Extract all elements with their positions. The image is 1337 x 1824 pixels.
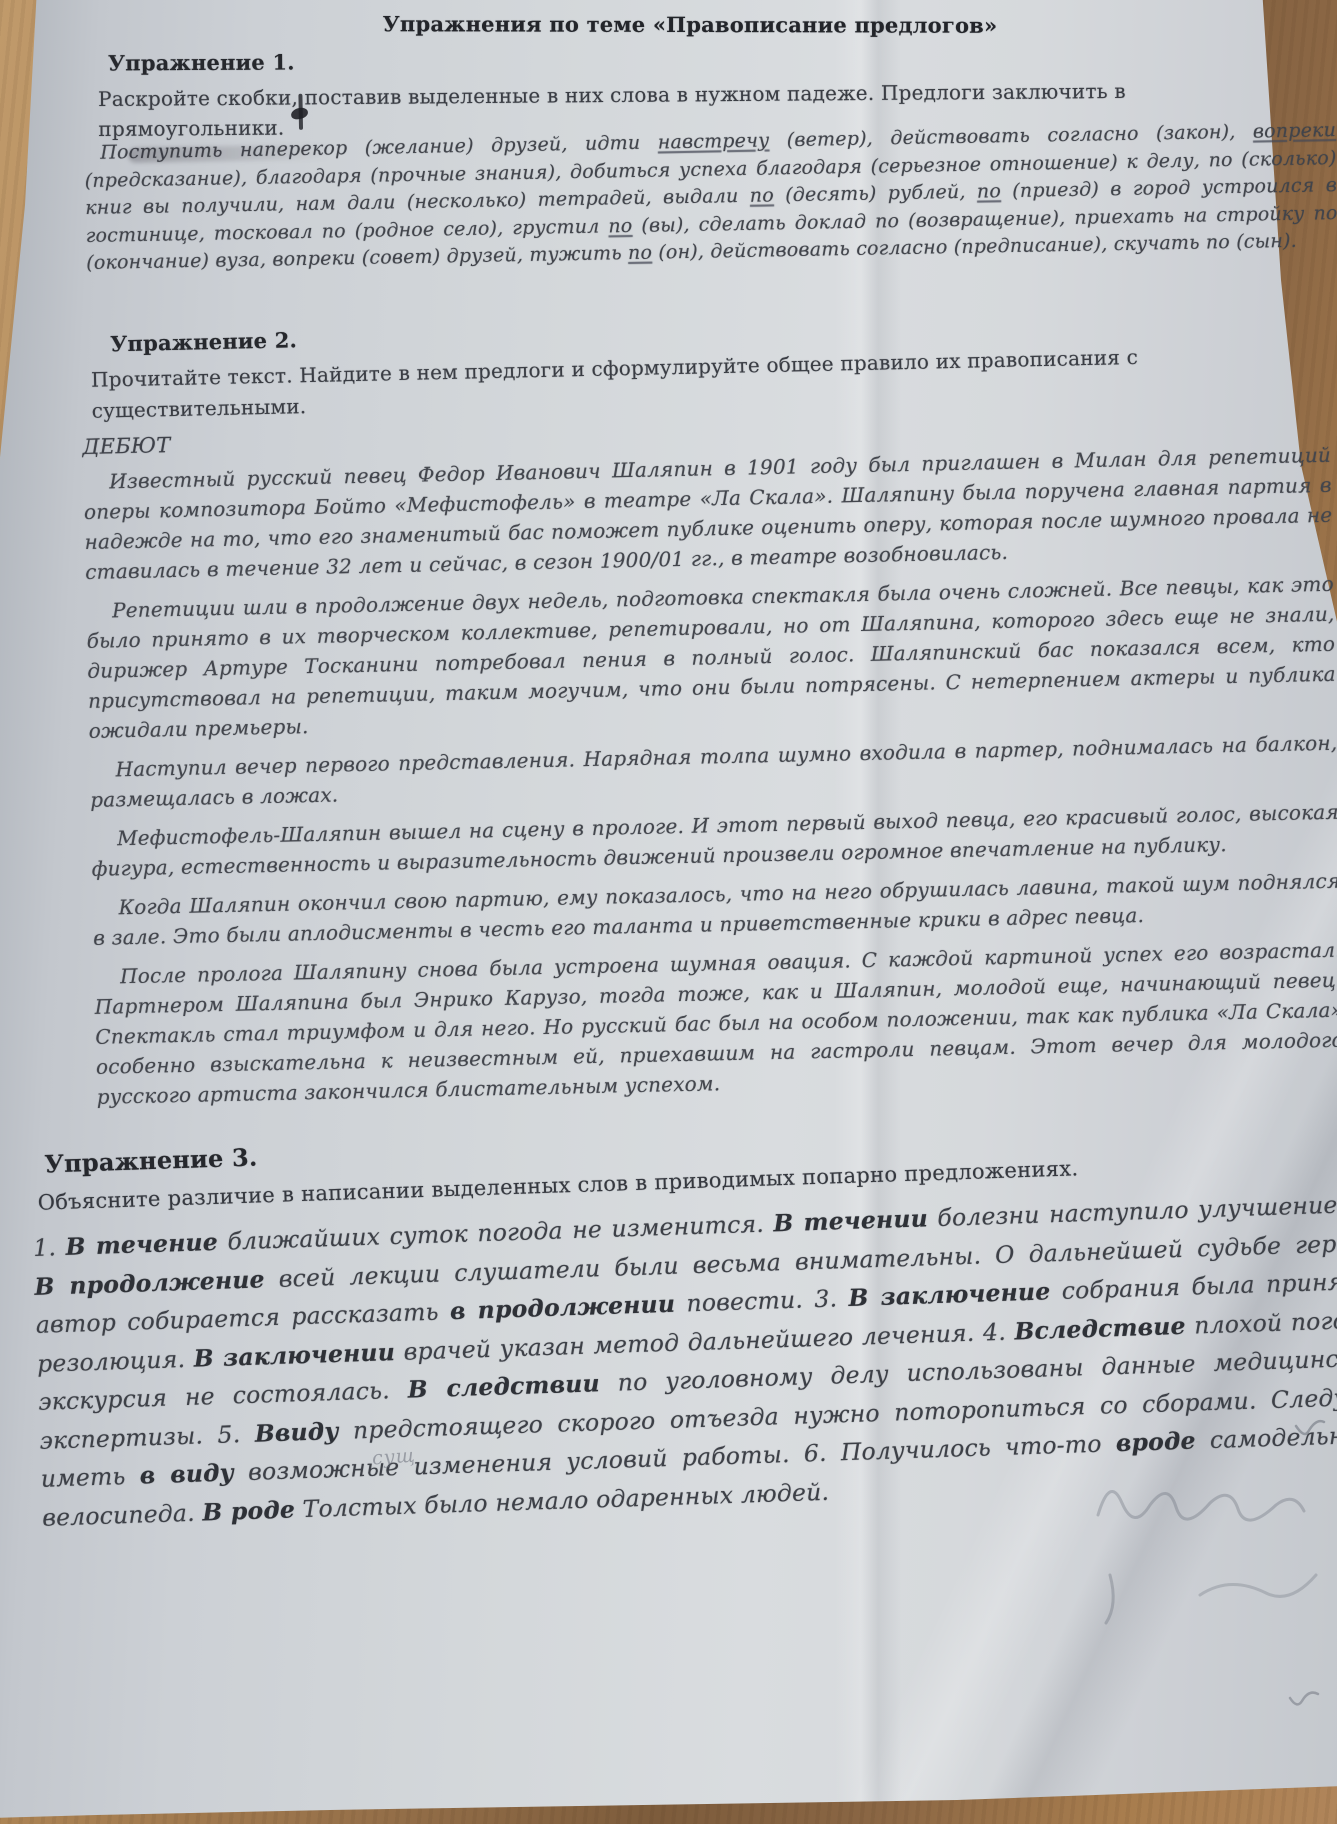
pencil-note: сущ [371, 1445, 416, 1470]
story-paragraph: После пролога Шаляпину снова была устрое… [94, 935, 1337, 1112]
photo-of-worksheet: Упражнения по теме «Правописание предлог… [0, 0, 1337, 1824]
pencil-checkmark [1284, 1682, 1324, 1716]
exercise-2-section: Упражнение 2. Прочитайте текст. Найдите … [80, 305, 1337, 1121]
pencil-scribble [1080, 1455, 1337, 1645]
story-text: Известный русский певец Федор Иванович Ш… [83, 440, 1337, 1112]
page-title: Упражнения по теме «Правописание предлог… [180, 11, 1200, 39]
story-paragraph: Известный русский певец Федор Иванович Ш… [83, 440, 1333, 587]
story-paragraph: Репетиции шли в продолжение двух недель,… [86, 569, 1337, 746]
exercise-1-heading: Упражнение 1. [108, 50, 295, 76]
exercise-1-text: Поступить наперекор (желание) друзей, ид… [84, 117, 1337, 277]
pencil-checkmark [1290, 1412, 1330, 1446]
